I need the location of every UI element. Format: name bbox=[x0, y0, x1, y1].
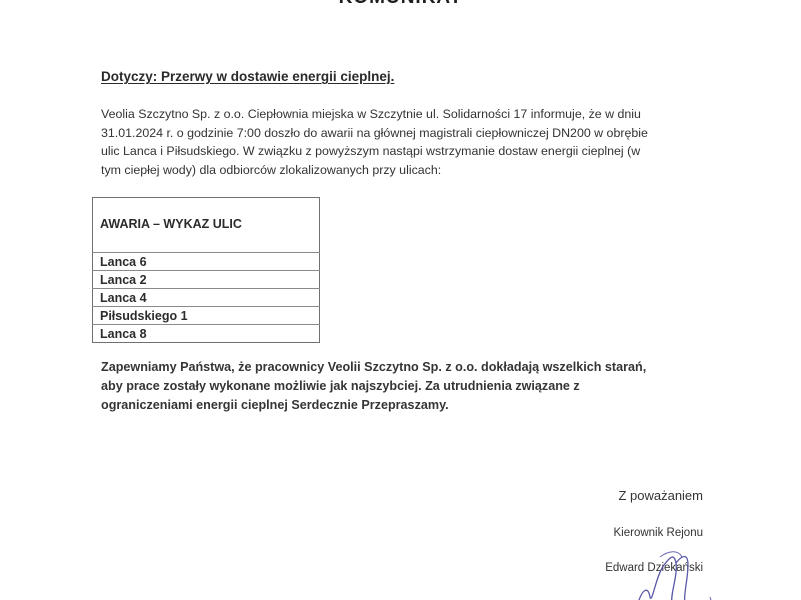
intro-paragraph: Veolia Szczytno Sp. z o.o. Ciepłownia mi… bbox=[101, 105, 741, 179]
street-cell: Lanca 8 bbox=[93, 325, 320, 343]
street-cell: Lanca 6 bbox=[93, 253, 320, 271]
table-row: Lanca 2 bbox=[93, 271, 320, 289]
table-header: AWARIA – WYKAZ ULIC bbox=[93, 198, 320, 253]
table-row: Lanca 6 bbox=[93, 253, 320, 271]
intro-line: ulic Lanca i Piłsudskiego. W związku z p… bbox=[101, 142, 741, 161]
closing-line: ograniczeniami energii cieplnej Serdeczn… bbox=[101, 396, 741, 415]
street-cell: Lanca 4 bbox=[93, 289, 320, 307]
intro-line: tym ciepłej wody) dla odbiorców zlokaliz… bbox=[101, 161, 741, 180]
intro-line: 31.01.2024 r. o godzinie 7:00 doszło do … bbox=[101, 124, 741, 143]
subject-line: Dotyczy: Przerwy w dostawie energii ciep… bbox=[101, 69, 394, 84]
regards-text: Z poważaniem bbox=[618, 488, 703, 503]
street-list-table: AWARIA – WYKAZ ULIC Lanca 6 Lanca 2 Lanc… bbox=[92, 197, 320, 343]
handwritten-signature-icon bbox=[630, 545, 730, 600]
table-row: Lanca 4 bbox=[93, 289, 320, 307]
table-row: Piłsudskiego 1 bbox=[93, 307, 320, 325]
table-row: Lanca 8 bbox=[93, 325, 320, 343]
closing-line: Zapewniamy Państwa, że pracownicy Veolii… bbox=[101, 358, 741, 377]
signer-position: Kierownik Rejonu bbox=[614, 527, 704, 539]
intro-line: Veolia Szczytno Sp. z o.o. Ciepłownia mi… bbox=[101, 105, 741, 124]
street-cell: Lanca 2 bbox=[93, 271, 320, 289]
closing-line: aby prace zostały wykonane możliwie jak … bbox=[101, 377, 741, 396]
closing-paragraph: Zapewniamy Państwa, że pracownicy Veolii… bbox=[101, 358, 741, 415]
table-header-row: AWARIA – WYKAZ ULIC bbox=[93, 198, 320, 253]
page-title: KOMUNIKAT bbox=[0, 0, 801, 9]
street-cell: Piłsudskiego 1 bbox=[93, 307, 320, 325]
